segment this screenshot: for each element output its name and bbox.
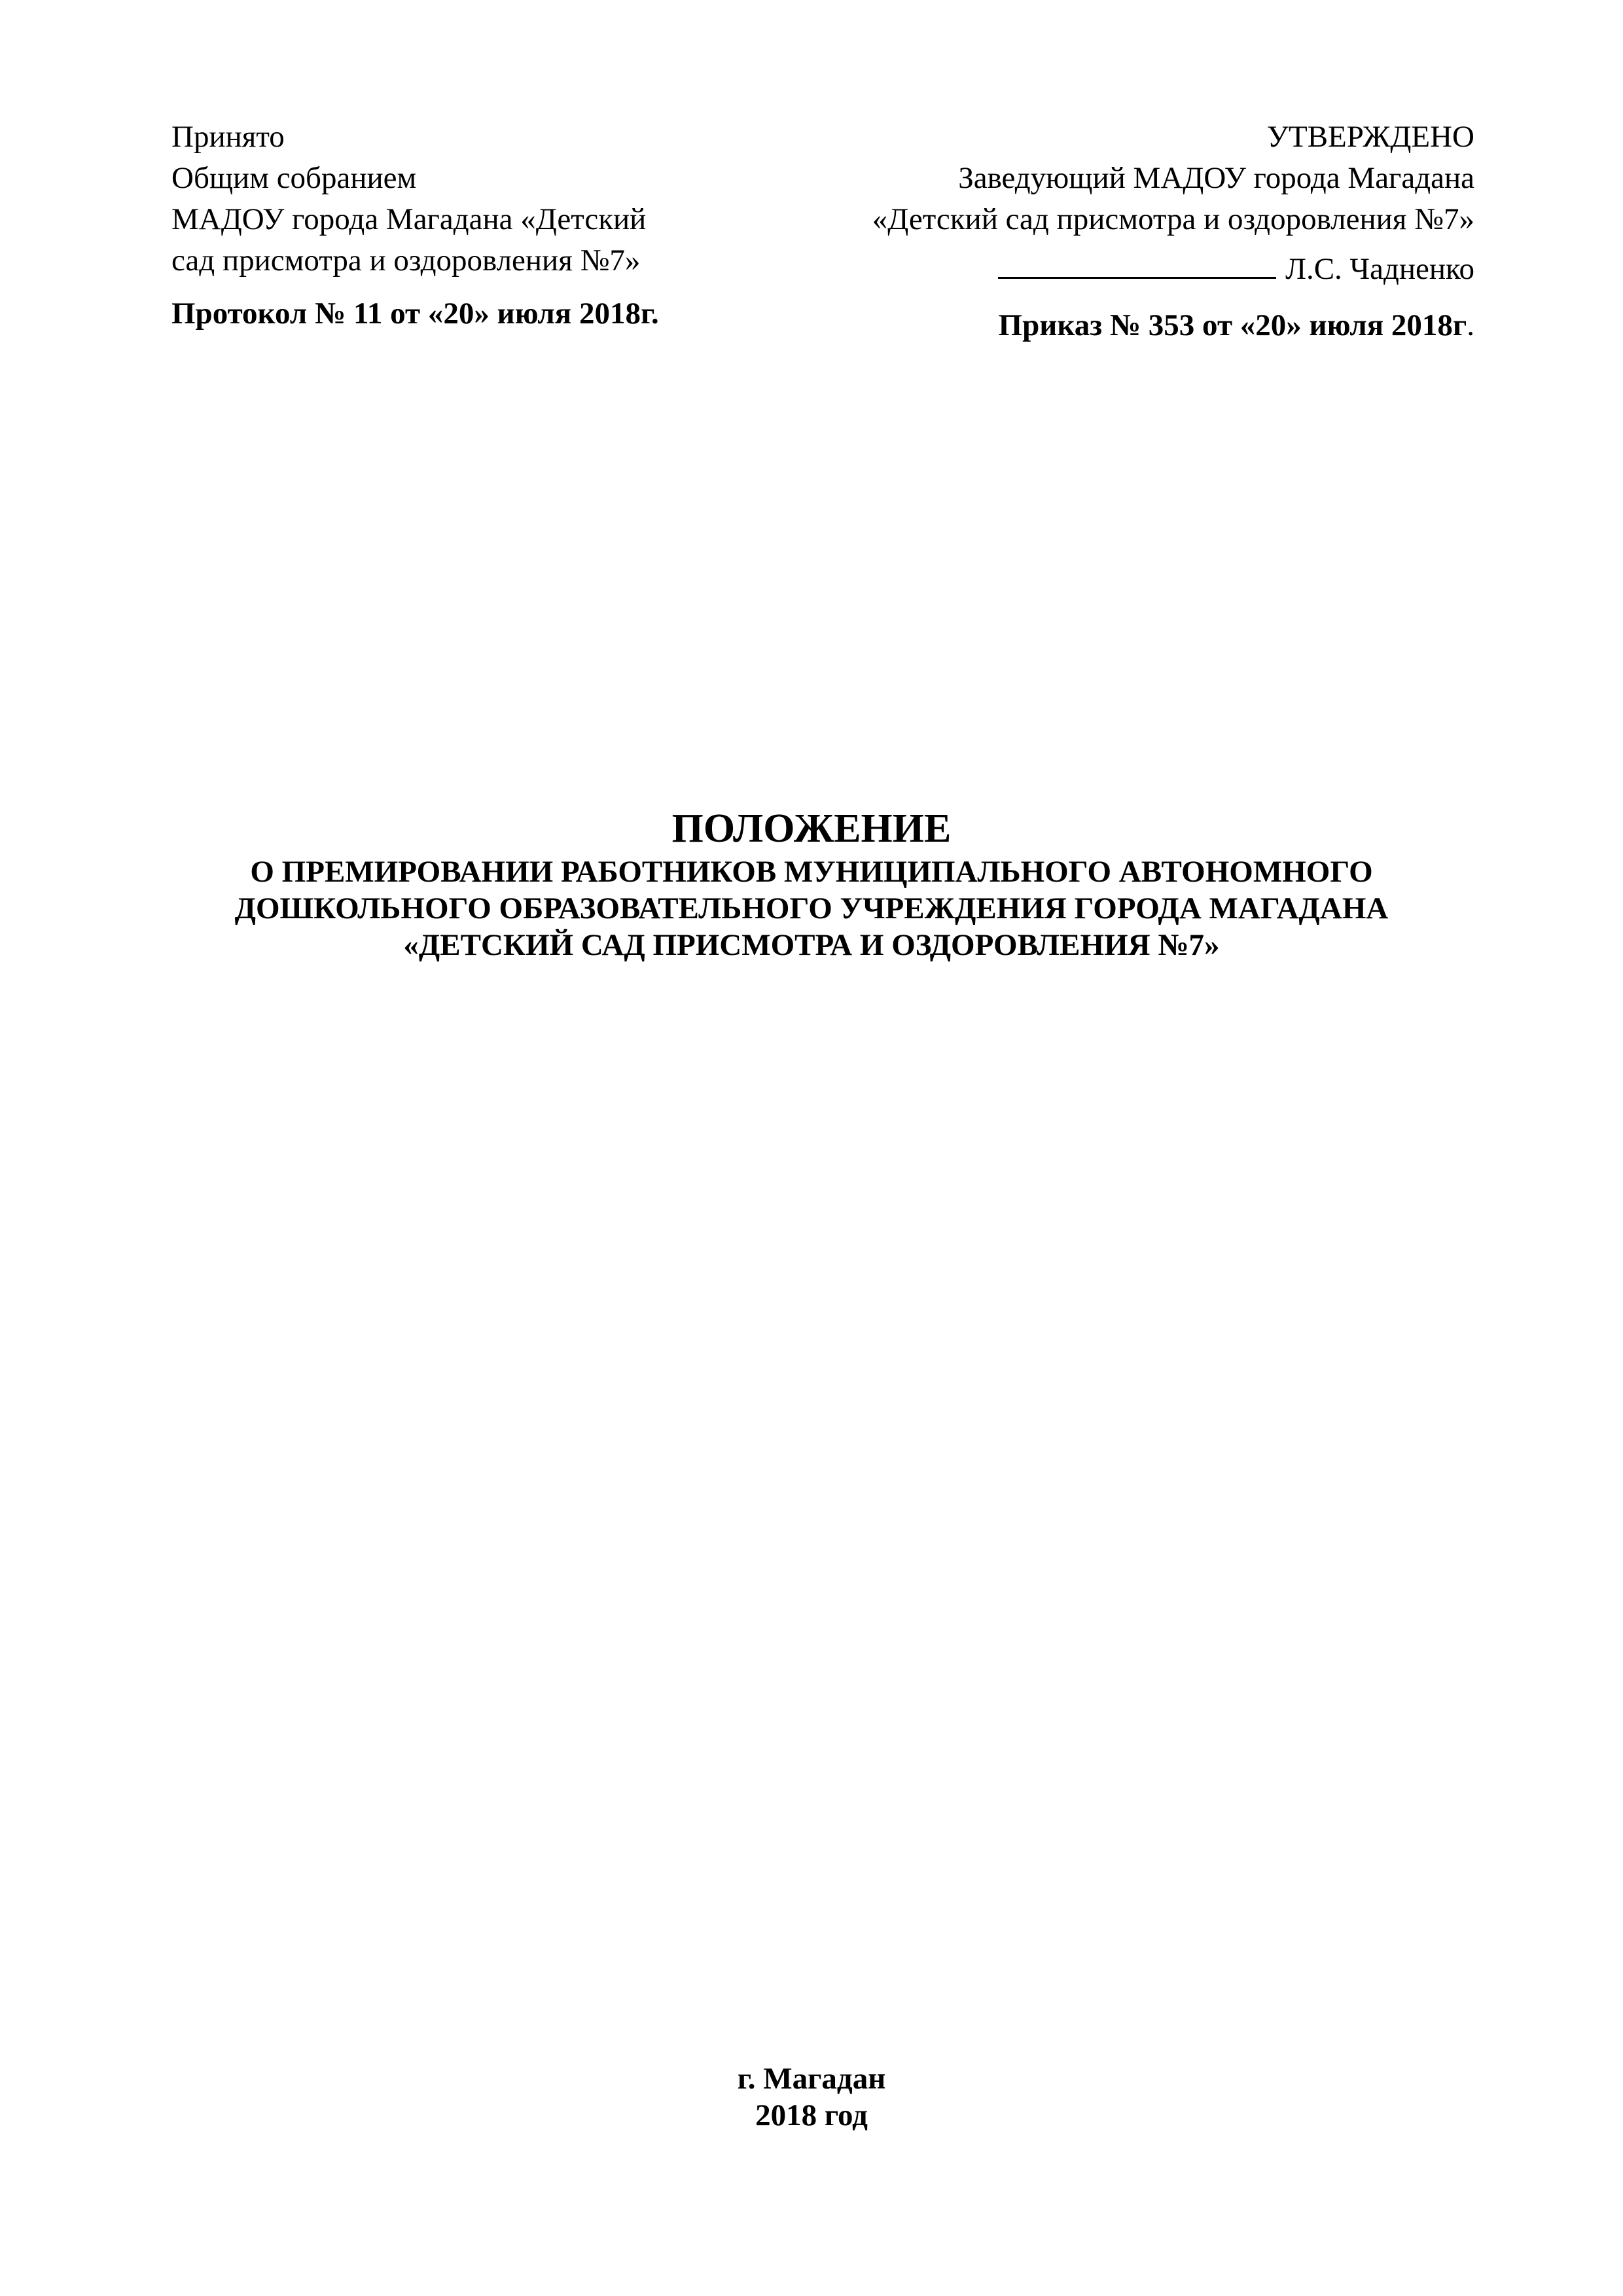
document-subtitle-line-3: «ДЕТСКИЙ САД ПРИСМОТРА И ОЗДОРОВЛЕНИЯ №7… [0, 927, 1623, 963]
adopted-by: Общим собранием [171, 158, 760, 199]
approver-institution: «Детский сад присмотра и оздоровления №7… [755, 199, 1474, 240]
signature-line [998, 251, 1276, 279]
document-subtitle-line-2: ДОШКОЛЬНОГО ОБРАЗОВАТЕЛЬНОГО УЧРЕЖДЕНИЯ … [0, 890, 1623, 927]
approval-block: УТВЕРЖДЕНО Заведующий МАДОУ города Магад… [755, 117, 1474, 240]
institution-line-2: сад присмотра и оздоровления №7» [171, 240, 760, 281]
order-period: . [1467, 308, 1474, 342]
signature-row: Л.С. Чадненко [998, 251, 1474, 287]
adopted-label: Принято [171, 117, 760, 158]
protocol-reference: Протокол № 11 от «20» июля 2018г. [171, 296, 659, 331]
order-reference: Приказ № 353 от «20» июля 2018г. [999, 308, 1474, 343]
document-subtitle-line-1: О ПРЕМИРОВАНИИ РАБОТНИКОВ МУНИЦИПАЛЬНОГО… [0, 853, 1623, 890]
footer-year: 2018 год [0, 2097, 1623, 2134]
order-text: Приказ № 353 от «20» июля 2018г [999, 308, 1467, 342]
adoption-block: Принято Общим собранием МАДОУ города Маг… [171, 117, 760, 281]
document-title-block: ПОЛОЖЕНИЕ О ПРЕМИРОВАНИИ РАБОТНИКОВ МУНИ… [0, 804, 1623, 963]
approver-title: Заведующий МАДОУ города Магадана [755, 158, 1474, 199]
document-title: ПОЛОЖЕНИЕ [0, 804, 1623, 853]
footer-city: г. Магадан [0, 2060, 1623, 2097]
approved-label: УТВЕРЖДЕНО [755, 117, 1474, 158]
signatory-name: Л.С. Чадненко [1285, 252, 1474, 286]
footer-block: г. Магадан 2018 год [0, 2060, 1623, 2134]
institution-line-1: МАДОУ города Магадана «Детский [171, 199, 760, 240]
